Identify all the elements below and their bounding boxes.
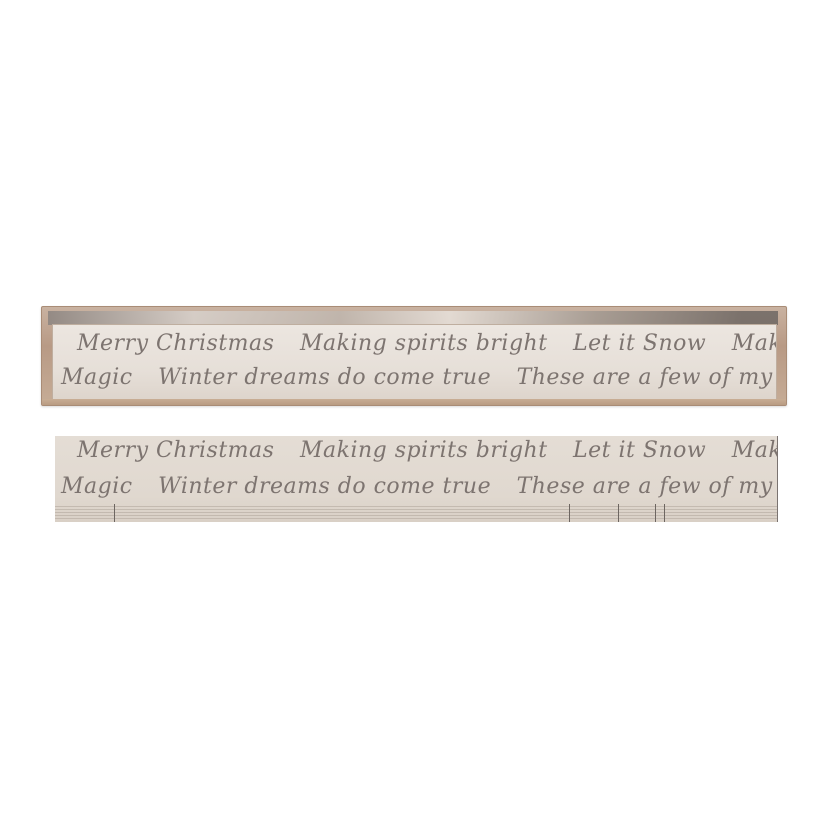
boxed-item-paper: Merry Christmas Making spirits bright Le… (52, 324, 777, 402)
script-phrase: These are a few of my favorite thi (517, 365, 777, 390)
script-phrase: Winter dreams do come true (158, 365, 491, 390)
script-text-line-2: Magic Winter dreams do come true These a… (61, 474, 778, 499)
script-text-line-1: Merry Christmas Making spirits bright Le… (77, 438, 778, 463)
unboxed-item: Merry Christmas Making spirits bright Le… (55, 436, 778, 522)
note-stem (618, 504, 619, 522)
note-stem (114, 504, 115, 522)
script-phrase: Let it Snow (573, 438, 706, 463)
note-stem (569, 504, 570, 522)
script-phrase: Making spirits bright (300, 331, 548, 356)
note-stem (655, 504, 656, 522)
script-text-line-2: Magic Winter dreams do come true These a… (61, 365, 777, 390)
script-phrase: Making spirits bright (300, 438, 548, 463)
script-phrase: Winter dreams do come true (158, 474, 491, 499)
script-phrase: These are a few of my favorite thi (517, 474, 778, 499)
box-edge (42, 399, 786, 405)
script-phrase: Make a wi (732, 438, 778, 463)
script-phrase: Merry Christmas (77, 331, 274, 356)
clear-lid-reflection (48, 311, 778, 325)
script-phrase: Let it Snow (573, 331, 706, 356)
script-phrase: Merry Christmas (77, 438, 274, 463)
staff-lines (55, 504, 777, 520)
product-photo: Merry Christmas Making spirits bright Le… (0, 0, 827, 833)
script-phrase: Magic (61, 474, 133, 499)
script-phrase: Make a wi (732, 331, 777, 356)
script-phrase: Magic (61, 365, 133, 390)
boxed-item: Merry Christmas Making spirits bright Le… (41, 306, 787, 406)
note-stem (664, 504, 665, 522)
script-text-line-1: Merry Christmas Making spirits bright Le… (77, 331, 777, 356)
